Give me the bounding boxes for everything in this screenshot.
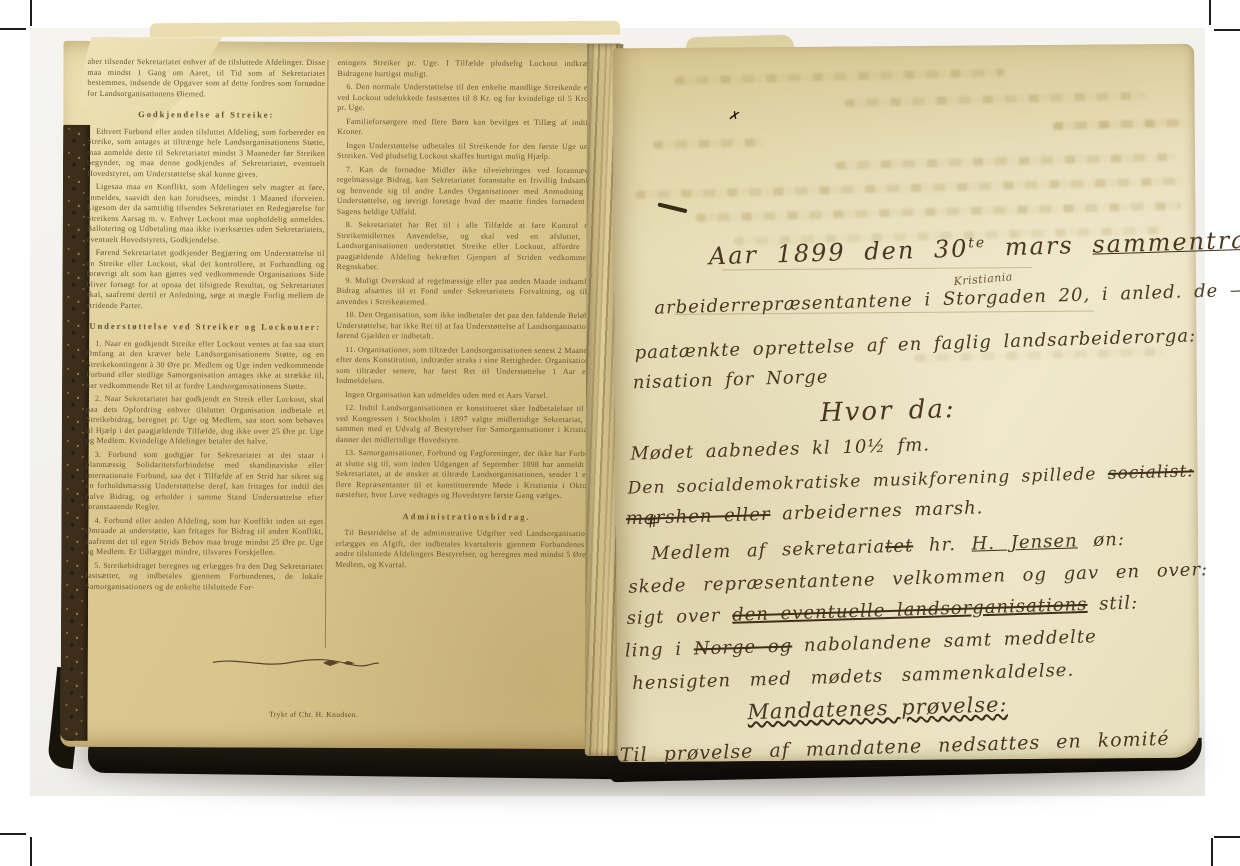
crop-mark-bottom-left-horizontal <box>0 833 26 835</box>
underlined-name: H. Jensen <box>971 530 1078 554</box>
struck-words: den eventuelle landsorganisations <box>732 594 1088 626</box>
printed-paragraph: Ingen Organisation kan udmeldes uden med… <box>336 389 598 401</box>
line-text: Den socialdemokratiske musikforening spi… <box>627 464 1108 499</box>
ink-mark-x: ✗ <box>727 108 742 126</box>
printed-paragraph: Ingen Understøttelse udbetales til Strei… <box>337 140 599 162</box>
line-text: stil: <box>1087 592 1138 615</box>
book-photograph: aber tilsender Sekretariatet enhver af d… <box>30 28 1205 796</box>
crop-mark-top-right-vertical <box>1209 0 1211 25</box>
underlined-word: sammentraadte <box>1092 224 1240 259</box>
line-text: øn: <box>1077 529 1125 551</box>
margin-mark-hash: # <box>645 511 661 532</box>
section-heading-streike: Godkjendelse af Streike: <box>87 109 325 121</box>
printed-paragraph: eningers Streiker pr. Uge. I Tilfælde pl… <box>337 58 599 80</box>
handwritten-line: hensigten med mødets sammenkaldelse. <box>632 660 1075 694</box>
divider-flourish <box>211 655 381 674</box>
crop-mark-bottom-left-vertical <box>30 837 32 866</box>
printed-paragraph: 11. Organisationer, som tiltræder Landso… <box>336 344 598 387</box>
ordinal-superscript: te <box>968 235 986 252</box>
underlying-page-edge <box>150 21 620 37</box>
struck-words: Norge og <box>693 635 792 659</box>
printed-paragraph: Familieforsørgere med flere Børn kan bev… <box>337 116 599 138</box>
ink-bleedthrough <box>695 202 1181 222</box>
printed-paragraph: 4. Forbund eller anden Afdeling, som har… <box>85 515 323 558</box>
printed-paragraph: Til Bestridelse af de administrative Udg… <box>335 528 597 571</box>
handwritten-line: marshen eller arbeidernes marsh. <box>626 497 984 529</box>
printed-paragraph: 7. Kan de fornødne Midler ikke tilveiebr… <box>337 164 599 218</box>
crop-mark-bottom-right-horizontal <box>1214 836 1240 838</box>
printed-paragraph: Førend Sekretariatet godkjender Begjærin… <box>86 248 324 312</box>
struck-letters: tet <box>885 535 914 557</box>
handwritten-line: nisation for Norge <box>633 366 829 393</box>
line-text: Medlem af sekretaria <box>651 536 886 564</box>
line-text: ling i <box>625 638 694 661</box>
printed-paragraph: 10. Den Organisation, som ikke indbetale… <box>336 310 598 343</box>
ink-bleedthrough <box>674 68 1004 84</box>
left-page: aber tilsender Sekretariatet enhver af d… <box>60 41 621 749</box>
printer-imprint: Trykt af Chr. H. Knudsen. <box>229 710 399 720</box>
printed-paragraph: 3. Forbund som godtgjør for Sekretariate… <box>85 449 323 513</box>
section-heading-administrationsbidrag: Administrationsbidrag. <box>335 510 597 522</box>
section-heading-understottelse: Understøttelse ved Streiker og Lockouter… <box>86 321 324 333</box>
line-text: arbeidernes marsh. <box>770 497 983 524</box>
printed-paragraph: 8. Sekretariatet har Ret til i alle Tilf… <box>337 220 599 274</box>
printed-paragraph: 2. Naar Sekretariatet har godkjendt en S… <box>86 394 324 448</box>
line-text: nabolandene samt meddelte <box>792 626 1097 656</box>
printed-paragraph: 1. Naar en godkjendt Streike eller Locko… <box>86 338 324 392</box>
handwritten-line: sigt over den eventuelle landsorganisati… <box>626 592 1138 629</box>
crop-mark-bottom-right-vertical <box>1211 838 1213 866</box>
printed-paragraph: aber tilsender Sekretariatet enhver af d… <box>87 57 325 100</box>
crop-mark-top-left-horizontal <box>0 28 26 30</box>
handwritten-line: Den socialdemokratiske musikforening spi… <box>627 461 1194 498</box>
inserted-word-kristiania: Kristiania <box>953 270 1013 288</box>
column-divider-rule <box>325 60 329 648</box>
printed-column-1: aber tilsender Sekretariatet enhver af d… <box>85 57 325 596</box>
printed-paragraph: Ligesaa maa en Konflikt, som Afdelingen … <box>87 182 325 246</box>
handwritten-line: Medlem af sekretariatet hr. H. Jensen øn… <box>651 529 1125 564</box>
handwritten-line: Kristiania arbeiderrepræsentantene i Sto… <box>654 280 1240 319</box>
handwritten-heading-mandatenes-provelse: Mandatenes prøvelse: <box>747 692 1008 724</box>
printed-paragraph: 9. Muligt Overskud af regelmæssige eller… <box>336 275 598 308</box>
ink-bleedthrough <box>635 177 1183 199</box>
date-text: mars <box>986 231 1093 262</box>
printed-paragraph: 6. Den normale Understøttelse til den en… <box>337 82 599 115</box>
right-page: ✗ Aar 1899 den 30te mars sammentraadte K… <box>612 44 1200 763</box>
crop-mark-top-left-vertical <box>30 0 32 26</box>
line-text: hr. <box>913 534 972 557</box>
ink-bleedthrough <box>653 138 763 149</box>
line-text: sigt over <box>626 605 732 629</box>
ink-bleedthrough <box>835 153 1175 170</box>
struck-word: socialist: <box>1108 461 1195 484</box>
printed-paragraph: Ethvert Forbund eller anden tilsluttet A… <box>87 126 325 180</box>
printed-paragraph: 12. Indtil Landsorganisationen er konsti… <box>336 403 598 446</box>
printed-paragraph: 13. Samorganisationer, Forbund og Fagfor… <box>336 448 598 502</box>
ink-bleedthrough <box>845 92 1145 108</box>
printed-column-2: eningers Streiker pr. Uge. I Tilfælde pl… <box>335 58 599 574</box>
handwritten-line: Mødet aabnedes kl 10½ fm. <box>630 434 930 464</box>
ink-bleedthrough <box>1053 119 1185 130</box>
printed-paragraph: 5. Streikebidraget beregnes og erlægges … <box>85 560 323 593</box>
ink-mark-dash <box>657 202 687 213</box>
crop-mark-top-right-horizontal <box>1214 29 1240 31</box>
line-text: arbeiderrepræsentantene i Storgaden 20, … <box>654 280 1240 319</box>
handwritten-heading-hvor-da: Hvor da: <box>820 394 956 428</box>
handwritten-line: ling i Norge og nabolandene samt meddelt… <box>625 626 1097 661</box>
